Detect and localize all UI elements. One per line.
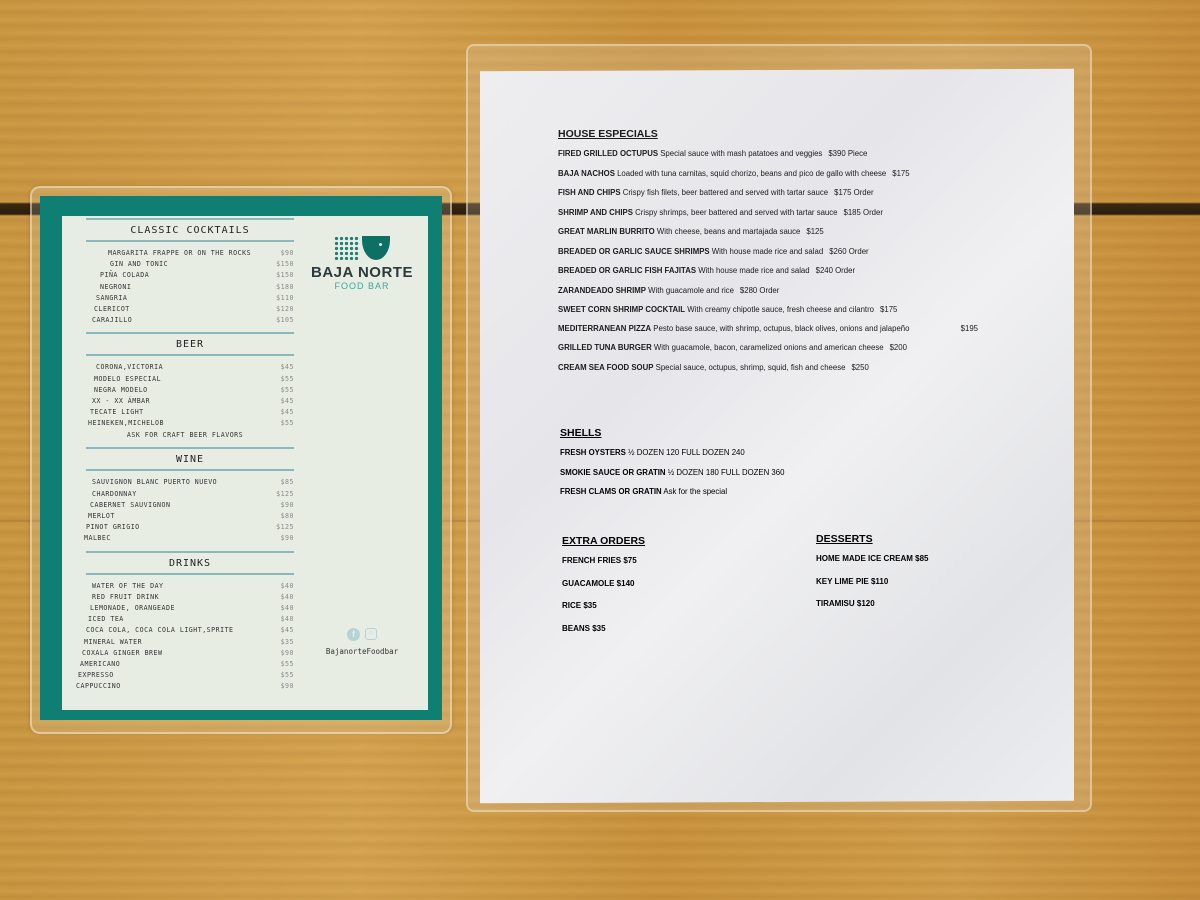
item-price: $55	[281, 418, 294, 429]
item-name: CREAM SEA FOOD SOUP	[558, 363, 653, 372]
item-name: GREAT MARLIN BURRITO	[558, 227, 655, 236]
item-name: AMERICANO	[80, 659, 120, 670]
item-price: $55	[281, 374, 294, 385]
facebook-icon: f	[347, 628, 360, 641]
item-price: $175 Order	[834, 188, 873, 197]
menu-item: SMOKIE SAUCE OR GRATIN ½ DOZEN 180 FULL …	[560, 468, 860, 478]
item-price: $180	[276, 282, 294, 293]
menu-item: PIÑA COLADA$150	[70, 270, 300, 281]
item-price: $45	[281, 625, 294, 636]
menu-item: CHARDONNAY$125	[70, 489, 300, 500]
item-price: $110	[276, 293, 294, 304]
item-price: $240 Order	[816, 266, 855, 275]
menu-item: EXPRESSO$55	[70, 670, 300, 681]
item-price: $90	[281, 500, 294, 511]
item-price: $120	[276, 304, 294, 315]
item-name: BAJA NACHOS	[558, 169, 615, 178]
menu-item: COCA COLA, COCA COLA LIGHT,SPRITE$45	[70, 625, 300, 636]
social-block: f ○ BajanorteFoodbar	[300, 628, 424, 656]
item-name: NEGRA MODELO	[94, 385, 148, 396]
item-price: $55	[281, 385, 294, 396]
item-name: RED FRUIT DRINK	[92, 592, 159, 603]
item-name: GRILLED TUNA BURGER	[558, 343, 652, 352]
item-price: $45	[281, 407, 294, 418]
instagram-icon: ○	[365, 628, 377, 640]
menu-item: ICED TEA$40	[70, 614, 300, 625]
item-name: TECATE LIGHT	[90, 407, 144, 418]
section-title: DRINKS	[86, 551, 294, 575]
menu-item: FIRED GRILLED OCTUPUS Special sauce with…	[558, 149, 978, 159]
item-name: CARAJILLO	[92, 315, 132, 326]
item-price: $125	[276, 489, 294, 500]
menu-item: CABERNET SAUVIGNON$90	[70, 500, 300, 511]
item-price: $40	[281, 603, 294, 614]
menu-item: HOME MADE ICE CREAM $85	[816, 554, 1016, 564]
menu-item: MINERAL WATER$35	[70, 637, 300, 648]
item-name: SAUVIGNON BLANC PUERTO NUEVO	[92, 477, 217, 488]
item-price: $125	[806, 227, 823, 236]
item-text: MEDITERRANEAN PIZZA Pesto base sauce, wi…	[558, 324, 936, 334]
brand-subtitle: FOOD BAR	[302, 281, 422, 291]
item-price: $40	[281, 614, 294, 625]
item-price: $150	[276, 259, 294, 270]
menu-item: TECATE LIGHT$45	[70, 407, 300, 418]
item-price: $35	[281, 637, 294, 648]
item-name: MALBEC	[84, 533, 111, 544]
brand-logo: BAJA NORTE FOOD BAR	[302, 236, 422, 291]
menu-item: RICE $35	[562, 601, 762, 611]
item-price: $175	[880, 305, 897, 314]
menu-section-wine: WINESAUVIGNON BLANC PUERTO NUEVO$85CHARD…	[70, 447, 300, 544]
item-name: ZARANDEADO SHRIMP	[558, 286, 646, 295]
item-name: WATER OF THE DAY	[92, 581, 164, 592]
item-name: CHARDONNAY	[92, 489, 137, 500]
item-name: MINERAL WATER	[84, 637, 142, 648]
section-title: WINE	[86, 447, 294, 471]
item-price: $195	[961, 324, 978, 334]
menu-item: GUACAMOLE $140	[562, 579, 762, 589]
item-name: CORONA,VICTORIA	[96, 362, 163, 373]
item-price: $90	[281, 533, 294, 544]
item-name: CABERNET SAUVIGNON	[90, 500, 170, 511]
menu-section-beer: BEERCORONA,VICTORIA$45MODELO ESPECIAL$55…	[70, 332, 300, 441]
item-name: FISH AND CHIPS	[558, 188, 621, 197]
item-price: $200	[890, 343, 907, 352]
menu-item: GIN AND TONIC$150	[70, 259, 300, 270]
item-name: CLERICOT	[94, 304, 130, 315]
section-title: SHELLS	[560, 427, 860, 439]
menu-item: GRILLED TUNA BURGER With guacamole, baco…	[558, 343, 978, 353]
section-title: HOUSE ESPECIALS	[558, 128, 978, 140]
menu-item: FRESH OYSTERS ½ DOZEN 120 FULL DOZEN 240	[560, 448, 860, 458]
item-name: FRESH OYSTERS	[560, 448, 626, 457]
menu-item: MEDITERRANEAN PIZZA Pesto base sauce, wi…	[558, 324, 978, 334]
item-name: ICED TEA	[88, 614, 124, 625]
menu-item: WATER OF THE DAY$40	[70, 581, 300, 592]
fish-logo-icon	[302, 236, 422, 260]
item-name: FRESH CLAMS OR GRATIN	[560, 487, 662, 496]
menu-item: MARGARITA FRAPPE OR ON THE ROCKS$90	[70, 248, 300, 259]
item-name: PIÑA COLADA	[100, 270, 149, 281]
item-name: XX - XX ÁMBAR	[92, 396, 150, 407]
drinks-menu-list: CLASSIC COCKTAILSMARGARITA FRAPPE OR ON …	[70, 218, 300, 698]
section-title: EXTRA ORDERS	[562, 535, 762, 547]
menu-item: AMERICANO$55	[70, 659, 300, 670]
item-price: $90	[281, 681, 294, 692]
item-price: $45	[281, 362, 294, 373]
item-price: $185 Order	[844, 208, 883, 217]
logo-fish-head-icon	[362, 236, 390, 260]
menu-item: ZARANDEADO SHRIMP With guacamole and ric…	[558, 286, 978, 296]
item-price: $150	[276, 270, 294, 281]
item-name: PINOT GRIGIO	[86, 522, 140, 533]
item-price: $40	[281, 581, 294, 592]
item-name: SMOKIE SAUCE OR GRATIN	[560, 468, 666, 477]
menu-item: GREAT MARLIN BURRITO With cheese, beans …	[558, 227, 978, 237]
logo-scales-icon	[334, 236, 360, 260]
brand-name: BAJA NORTE	[302, 264, 422, 281]
item-price: $55	[281, 659, 294, 670]
item-price: $45	[281, 396, 294, 407]
item-name: SANGRIA	[96, 293, 127, 304]
menu-item: SHRIMP AND CHIPS Crispy shrimps, beer ba…	[558, 208, 978, 218]
item-name: EXPRESSO	[78, 670, 114, 681]
section-title: BEER	[86, 332, 294, 356]
house-especials-section: HOUSE ESPECIALS FIRED GRILLED OCTUPUS Sp…	[558, 128, 978, 382]
menu-item: CAPPUCCINO$90	[70, 681, 300, 692]
menu-item: RED FRUIT DRINK$40	[70, 592, 300, 603]
item-name: MERLOT	[88, 511, 115, 522]
item-price: $85	[281, 477, 294, 488]
menu-item: HEINEKEN,MICHELOB$55	[70, 418, 300, 429]
menu-item: SAUVIGNON BLANC PUERTO NUEVO$85	[70, 477, 300, 488]
item-name: NEGRONI	[100, 282, 131, 293]
menu-item: BREADED OR GARLIC SAUCE SHRIMPS With hou…	[558, 247, 978, 257]
menu-item: XX - XX ÁMBAR$45	[70, 396, 300, 407]
menu-item: CLERICOT$120	[70, 304, 300, 315]
extra-orders-section: EXTRA ORDERS FRENCH FRIES $75GUACAMOLE $…	[562, 535, 762, 646]
item-name: MEDITERRANEAN PIZZA	[558, 324, 651, 333]
item-price: $90	[281, 248, 294, 259]
item-price: $55	[281, 670, 294, 681]
menu-item: TIRAMISU $120	[816, 599, 1016, 609]
item-name: FIRED GRILLED OCTUPUS	[558, 149, 658, 158]
item-name: CAPPUCCINO	[76, 681, 121, 692]
menu-item: BEANS $35	[562, 624, 762, 634]
menu-item: BREADED OR GARLIC FISH FAJITAS With hous…	[558, 266, 978, 276]
menu-item: COXALA GINGER BREW$90	[70, 648, 300, 659]
menu-item: NEGRA MODELO$55	[70, 385, 300, 396]
item-name: GIN AND TONIC	[110, 259, 168, 270]
item-price: $90	[281, 648, 294, 659]
menu-item: BAJA NACHOS Loaded with tuna carnitas, s…	[558, 169, 978, 179]
menu-item: MERLOT$80	[70, 511, 300, 522]
menu-section-drinks: DRINKSWATER OF THE DAY$40RED FRUIT DRINK…	[70, 551, 300, 693]
menu-item: FISH AND CHIPS Crispy fish filets, beer …	[558, 188, 978, 198]
item-price: $280 Order	[740, 286, 779, 295]
menu-item: FRESH CLAMS OR GRATIN Ask for the specia…	[560, 487, 860, 497]
item-name: MODELO ESPECIAL	[94, 374, 161, 385]
menu-item: CARAJILLO$105	[70, 315, 300, 326]
item-price: $175	[892, 169, 909, 178]
menu-item: LEMONADE, ORANGEADE$40	[70, 603, 300, 614]
item-price: $125	[276, 522, 294, 533]
item-price: $80	[281, 511, 294, 522]
social-handle: BajanorteFoodbar	[300, 647, 424, 656]
item-price: $105	[276, 315, 294, 326]
menu-item: SWEET CORN SHRIMP COCKTAIL With creamy c…	[558, 305, 978, 315]
menu-item: CORONA,VICTORIA$45	[70, 362, 300, 373]
item-price: $250	[851, 363, 868, 372]
item-name: SHRIMP AND CHIPS	[558, 208, 633, 217]
shells-section: SHELLS FRESH OYSTERS ½ DOZEN 120 FULL DO…	[560, 427, 860, 507]
item-name: LEMONADE, ORANGEADE	[90, 603, 175, 614]
menu-item: FRENCH FRIES $75	[562, 556, 762, 566]
item-price: $260 Order	[829, 247, 868, 256]
section-title: DESSERTS	[816, 533, 1016, 545]
menu-item: MODELO ESPECIAL$55	[70, 374, 300, 385]
item-price: $40	[281, 592, 294, 603]
menu-item: MALBEC$90	[70, 533, 300, 544]
menu-section-classic-cocktails: CLASSIC COCKTAILSMARGARITA FRAPPE OR ON …	[70, 218, 300, 326]
item-name: COCA COLA, COCA COLA LIGHT,SPRITE	[86, 625, 234, 636]
menu-item: KEY LIME PIE $110	[816, 577, 1016, 587]
menu-item: PINOT GRIGIO$125	[70, 522, 300, 533]
menu-item: SANGRIA$110	[70, 293, 300, 304]
item-name: BREADED OR GARLIC SAUCE SHRIMPS	[558, 247, 710, 256]
item-name: COXALA GINGER BREW	[82, 648, 162, 659]
item-name: HEINEKEN,MICHELOB	[88, 418, 164, 429]
section-title: CLASSIC COCKTAILS	[86, 218, 294, 242]
menu-item: CREAM SEA FOOD SOUP Special sauce, octup…	[558, 363, 978, 373]
item-name: MARGARITA FRAPPE OR ON THE ROCKS	[108, 248, 251, 259]
menu-item: NEGRONI$180	[70, 282, 300, 293]
item-price: $390 Piece	[828, 149, 867, 158]
item-name: BREADED OR GARLIC FISH FAJITAS	[558, 266, 696, 275]
item-name: SWEET CORN SHRIMP COCKTAIL	[558, 305, 685, 314]
section-note: ASK FOR CRAFT BEER FLAVORS	[70, 429, 300, 441]
desserts-section: DESSERTS HOME MADE ICE CREAM $85KEY LIME…	[816, 533, 1016, 622]
